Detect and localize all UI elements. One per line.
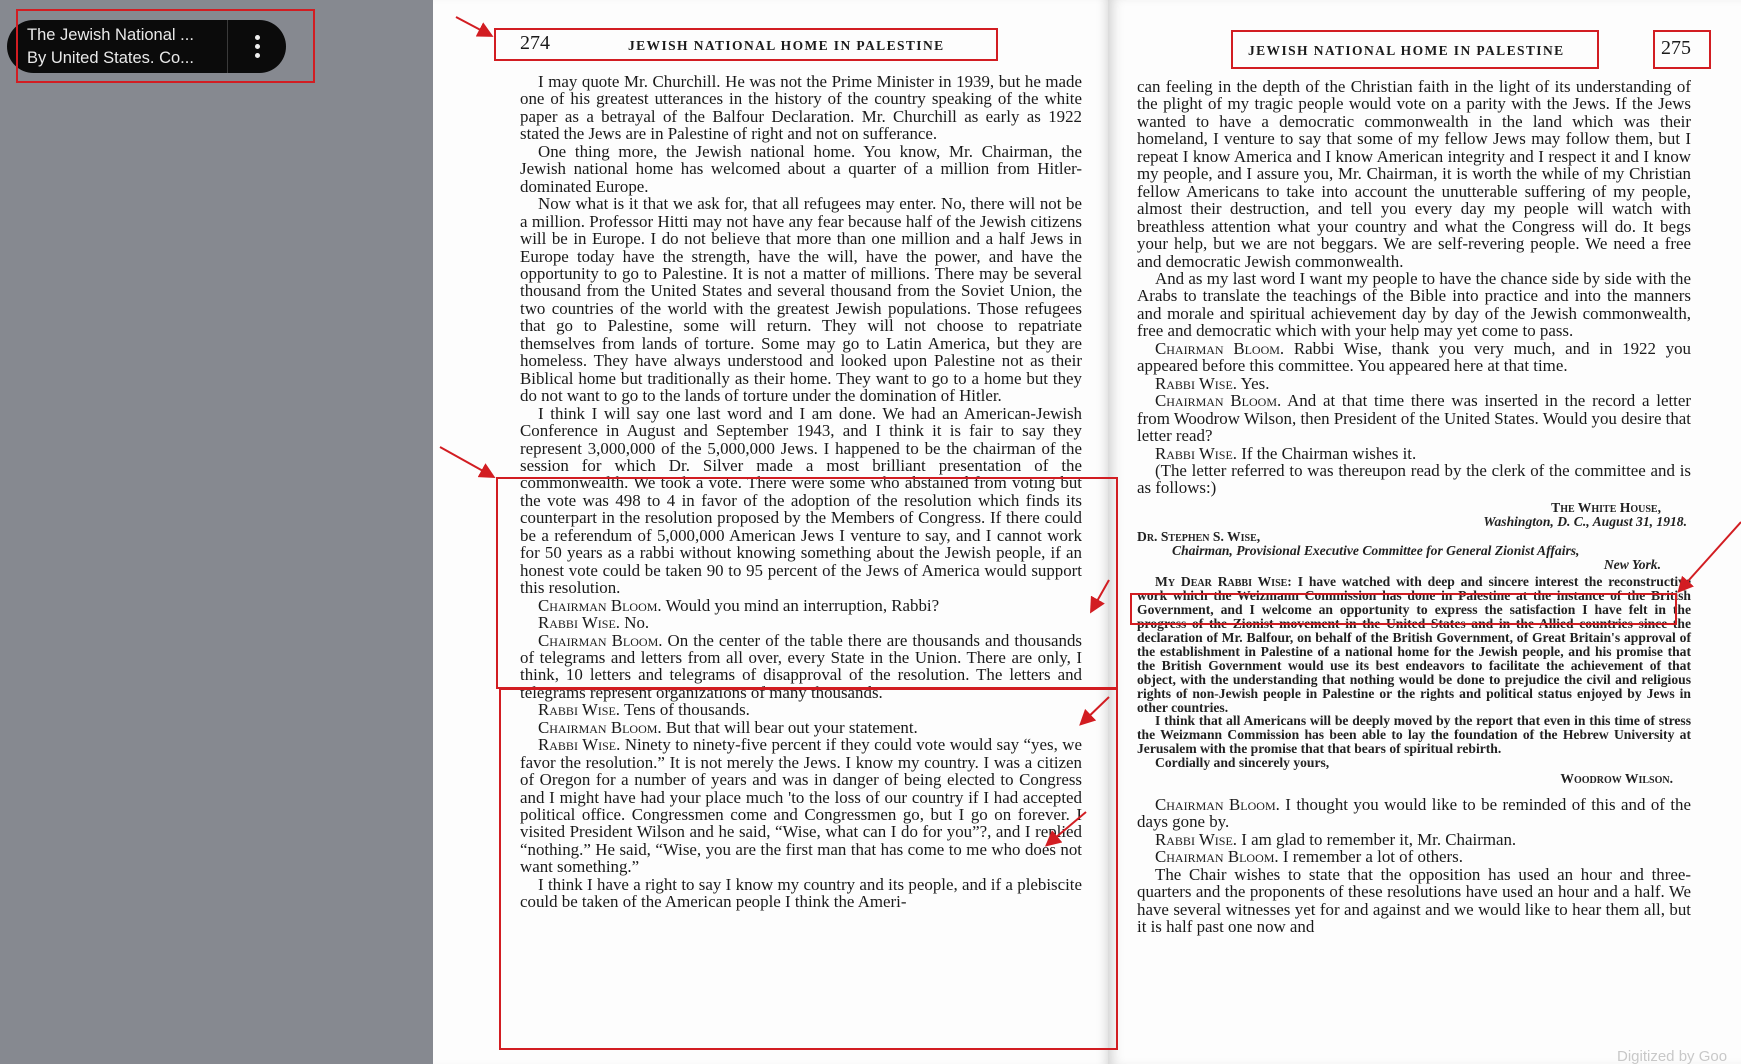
- letter-date: Washington, D. C., August 31, 1918.: [1137, 515, 1691, 529]
- right-page-text: can feeling in the depth of the Christia…: [1137, 78, 1691, 936]
- letter-sender: The White House,: [1137, 501, 1691, 515]
- book-title: The Jewish National ...: [27, 24, 227, 47]
- dialogue-line: Rabbi Wise. Yes.: [1137, 375, 1691, 392]
- dialogue-line: Rabbi Wise. Tens of thousands.: [520, 701, 1082, 718]
- paragraph: can feeling in the depth of the Christia…: [1137, 78, 1691, 270]
- paragraph: And as my last word I want my people to …: [1137, 270, 1691, 340]
- dialogue-line: (The letter referred to was thereupon re…: [1137, 462, 1691, 497]
- book-title-pill[interactable]: The Jewish National ... By United States…: [7, 20, 286, 73]
- letter-recipient: Dr. Stephen S. Wise,: [1137, 530, 1691, 544]
- more-vert-icon: [255, 33, 260, 60]
- letter-city: New York.: [1137, 558, 1691, 572]
- letter-body: My Dear Rabbi Wise: I have watched with …: [1137, 575, 1691, 714]
- dialogue-line: The Chair wishes to state that the oppos…: [1137, 866, 1691, 936]
- wilson-letter: The White House, Washington, D. C., Augu…: [1137, 501, 1691, 786]
- dialogue-line: Rabbi Wise. If the Chairman wishes it.: [1137, 445, 1691, 462]
- left-page-number: 274: [520, 32, 550, 55]
- dialogue-line: Chairman Bloom. And at that time there w…: [1137, 392, 1691, 444]
- paragraph: Now what is it that we ask for, that all…: [520, 195, 1082, 404]
- right-page-number: 275: [1661, 37, 1691, 60]
- paragraph: I may quote Mr. Churchill. He was not th…: [520, 73, 1082, 143]
- book-title-text: The Jewish National ... By United States…: [7, 24, 227, 70]
- book-author: By United States. Co...: [27, 47, 227, 70]
- dialogue-line: I think I have a right to say I know my …: [520, 876, 1082, 911]
- dialogue-line: Chairman Bloom. On the center of the tab…: [520, 632, 1082, 702]
- dialogue-line: Chairman Bloom. Would you mind an interr…: [520, 597, 1082, 614]
- paragraph: I think I will say one last word and I a…: [520, 405, 1082, 597]
- dialogue-line: Rabbi Wise. No.: [520, 614, 1082, 631]
- left-running-head: JEWISH NATIONAL HOME IN PALESTINE: [628, 37, 945, 55]
- dialogue-line: Chairman Bloom. I thought you would like…: [1137, 796, 1691, 831]
- viewer-sidebar: The Jewish National ... By United States…: [0, 0, 433, 1064]
- paragraph: One thing more, the Jewish national home…: [520, 143, 1082, 195]
- right-running-head: JEWISH NATIONAL HOME IN PALESTINE: [1248, 42, 1565, 60]
- letter-closing: Cordially and sincerely yours,: [1137, 756, 1691, 770]
- letter-recipient-title: Chairman, Provisional Executive Committe…: [1137, 544, 1691, 558]
- dialogue-line: Chairman Bloom. I remember a lot of othe…: [1137, 848, 1691, 865]
- more-options-button[interactable]: [228, 20, 286, 73]
- dialogue-line: Chairman Bloom. Rabbi Wise, thank you ve…: [1137, 340, 1691, 375]
- after-letter: Chairman Bloom. I thought you would like…: [1137, 796, 1691, 936]
- dialogue-line: Rabbi Wise. Ninety to ninety-five percen…: [520, 736, 1082, 876]
- dialogue-line: Chairman Bloom. But that will bear out y…: [520, 719, 1082, 736]
- digitized-watermark: Digitized by Goo: [1617, 1048, 1727, 1064]
- left-page-text: I may quote Mr. Churchill. He was not th…: [520, 73, 1082, 911]
- letter-body: I think that all Americans will be deepl…: [1137, 714, 1691, 756]
- dialogue-line: Rabbi Wise. I am glad to remember it, Mr…: [1137, 831, 1691, 848]
- letter-signature: Woodrow Wilson.: [1137, 772, 1691, 786]
